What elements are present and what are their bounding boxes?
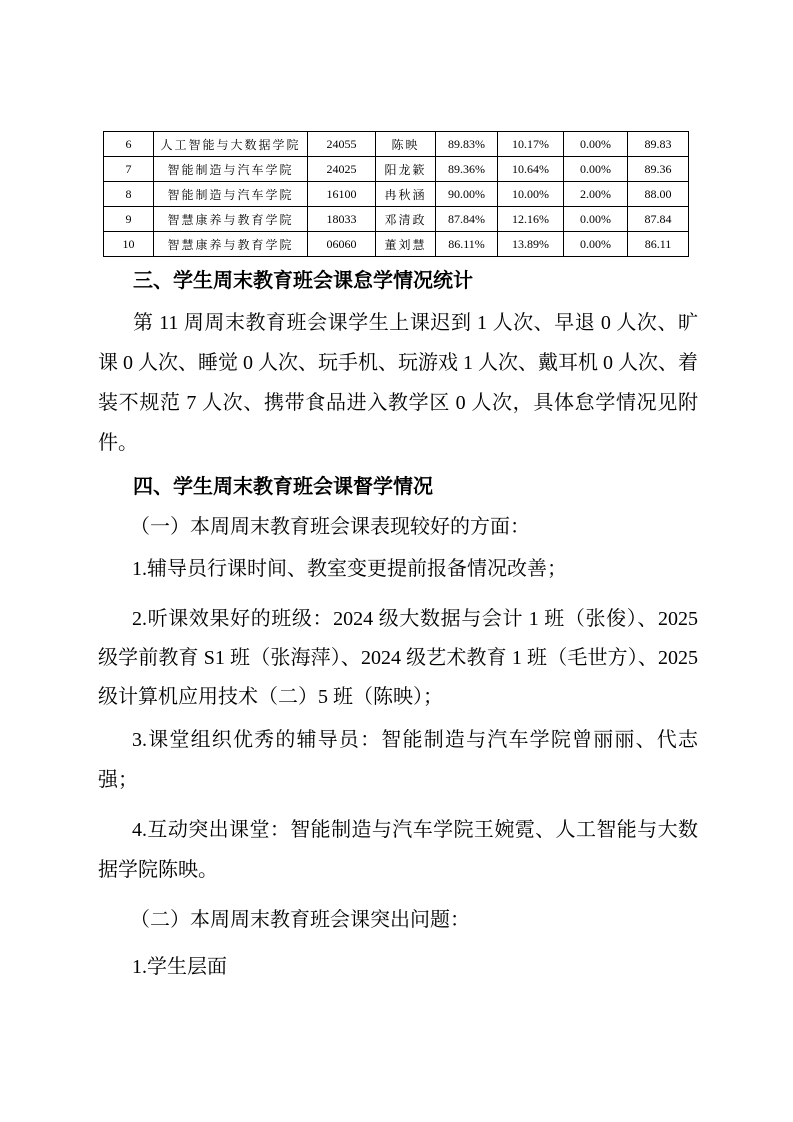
statistics-table: 6 人工智能与大数据学院 24055 陈映 89.83% 10.17% 0.00… (103, 131, 689, 257)
document-page: 6 人工智能与大数据学院 24055 陈映 89.83% 10.17% 0.00… (0, 0, 793, 1122)
cell-rate3: 0.00% (564, 207, 628, 232)
table-row: 8 智能制造与汽车学院 16100 冉秋涵 90.00% 10.00% 2.00… (104, 182, 689, 207)
cell-rank: 10 (104, 232, 154, 257)
cell-college: 人工智能与大数据学院 (154, 132, 308, 157)
cell-rate2: 12.16% (498, 207, 564, 232)
cell-id: 18033 (308, 207, 376, 232)
cell-rank: 6 (104, 132, 154, 157)
good-aspect-item-2: 2.听课效果好的班级：2024 级大数据与会计 1 班（张俊）、2025 级学前… (98, 600, 698, 717)
good-aspect-item-4: 4.互动突出课堂：智能制造与汽车学院王婉霓、人工智能与大数据学院陈映。 (98, 810, 698, 890)
cell-name: 董刘慧 (376, 232, 436, 257)
good-aspect-item-1: 1.辅导员行课时间、教室变更提前报备情况改善； (132, 556, 567, 582)
cell-rate2: 10.17% (498, 132, 564, 157)
cell-rate2: 10.00% (498, 182, 564, 207)
cell-score: 89.83 (628, 132, 689, 157)
cell-rate1: 87.84% (436, 207, 498, 232)
cell-id: 24025 (308, 157, 376, 182)
cell-rate1: 89.36% (436, 157, 498, 182)
cell-rate1: 89.83% (436, 132, 498, 157)
cell-rate3: 0.00% (564, 232, 628, 257)
cell-rate1: 90.00% (436, 182, 498, 207)
cell-college: 智能制造与汽车学院 (154, 157, 308, 182)
cell-id: 06060 (308, 232, 376, 257)
table-row: 7 智能制造与汽车学院 24025 阳龙簌 89.36% 10.64% 0.00… (104, 157, 689, 182)
cell-name: 冉秋涵 (376, 182, 436, 207)
cell-name: 阳龙簌 (376, 157, 436, 182)
table-row: 10 智慧康养与教育学院 06060 董刘慧 86.11% 13.89% 0.0… (104, 232, 689, 257)
section-3-paragraph: 第 11 周周末教育班会课学生上课迟到 1 人次、早退 0 人次、旷课 0 人次… (98, 303, 698, 463)
cell-rate3: 0.00% (564, 132, 628, 157)
cell-score: 86.11 (628, 232, 689, 257)
cell-rate3: 0.00% (564, 157, 628, 182)
cell-college: 智慧康养与教育学院 (154, 207, 308, 232)
subsection-1-title: （一）本周周末教育班会课表现较好的方面： (130, 514, 530, 540)
cell-name: 陈映 (376, 132, 436, 157)
cell-id: 24055 (308, 132, 376, 157)
cell-rate3: 2.00% (564, 182, 628, 207)
problem-item-1: 1.学生层面 (132, 954, 227, 980)
cell-rank: 9 (104, 207, 154, 232)
cell-id: 16100 (308, 182, 376, 207)
cell-score: 89.36 (628, 157, 689, 182)
cell-score: 88.00 (628, 182, 689, 207)
cell-score: 87.84 (628, 207, 689, 232)
good-aspect-item-3: 3.课堂组织优秀的辅导员：智能制造与汽车学院曾丽丽、代志强； (98, 720, 698, 800)
cell-rank: 8 (104, 182, 154, 207)
cell-rate2: 10.64% (498, 157, 564, 182)
subsection-2-title: （二）本周周末教育班会课突出问题： (130, 907, 470, 933)
section-4-heading: 四、学生周末教育班会课督学情况 (133, 474, 433, 500)
cell-rank: 7 (104, 157, 154, 182)
cell-rate1: 86.11% (436, 232, 498, 257)
table-row: 9 智慧康养与教育学院 18033 邓清政 87.84% 12.16% 0.00… (104, 207, 689, 232)
table-row: 6 人工智能与大数据学院 24055 陈映 89.83% 10.17% 0.00… (104, 132, 689, 157)
cell-college: 智慧康养与教育学院 (154, 232, 308, 257)
section-3-heading: 三、学生周末教育班会课怠学情况统计 (133, 268, 473, 294)
cell-name: 邓清政 (376, 207, 436, 232)
cell-college: 智能制造与汽车学院 (154, 182, 308, 207)
cell-rate2: 13.89% (498, 232, 564, 257)
